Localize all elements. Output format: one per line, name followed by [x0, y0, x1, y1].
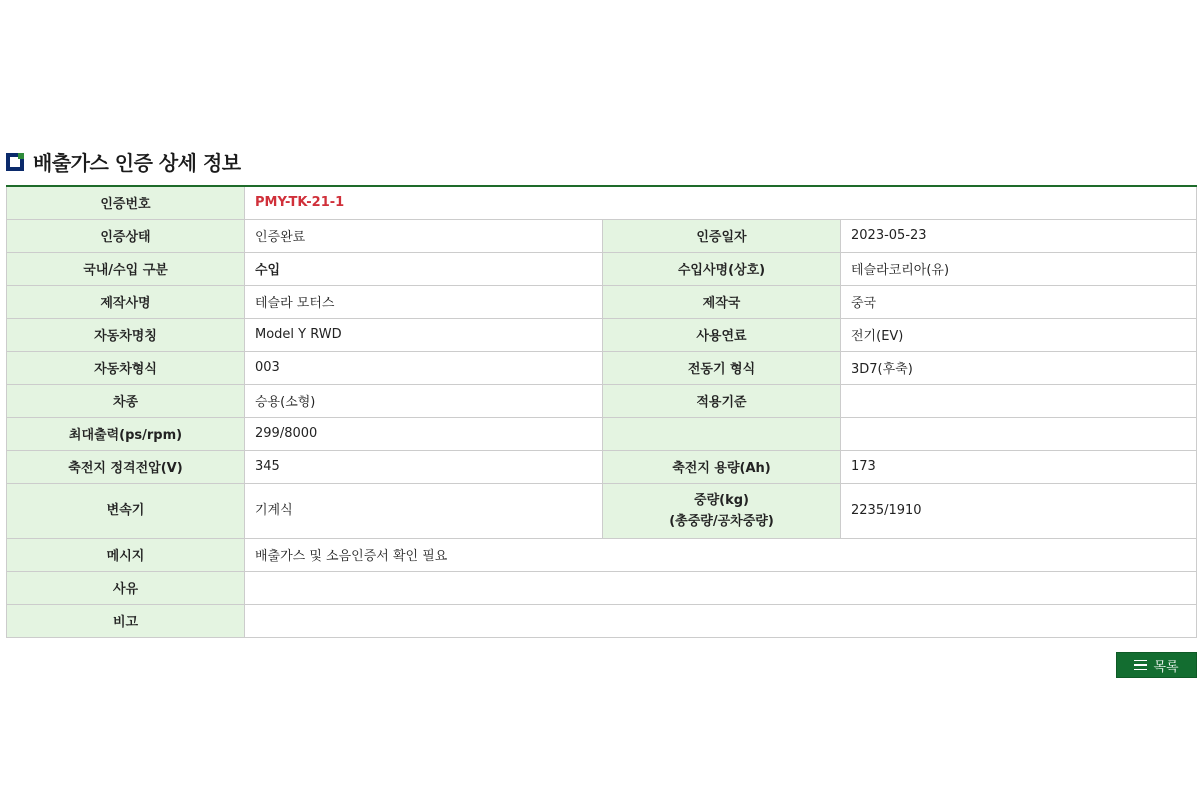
vehicle-type-label: 자동차형식 — [7, 351, 245, 384]
battery-capacity-value: 173 — [841, 450, 1197, 483]
battery-capacity-label: 축전지 용량(Ah) — [603, 450, 841, 483]
vehicle-name-label: 자동차명칭 — [7, 318, 245, 351]
weight-value: 2235/1910 — [841, 483, 1197, 538]
importer-value: 테슬라코리아(유) — [841, 252, 1197, 285]
table-row: 자동차형식 003 전동기 형식 3D7(후축) — [7, 351, 1197, 384]
table-row: 인증상태 인증완료 인증일자 2023-05-23 — [7, 219, 1197, 252]
max-output-value: 299/8000 — [245, 417, 603, 450]
table-row: 자동차명칭 Model Y RWD 사용연료 전기(EV) — [7, 318, 1197, 351]
manufacturer-label: 제작사명 — [7, 285, 245, 318]
table-row: 국내/수입 구분 수입 수입사명(상호) 테슬라코리아(유) — [7, 252, 1197, 285]
table-row: 최대출력(ps/rpm) 299/8000 — [7, 417, 1197, 450]
table-row: 사유 — [7, 571, 1197, 604]
importer-label: 수입사명(상호) — [603, 252, 841, 285]
table-row: 제작사명 테슬라 모터스 제작국 중국 — [7, 285, 1197, 318]
cert-date-label: 인증일자 — [603, 219, 841, 252]
applied-standard-value — [841, 384, 1197, 417]
cert-status-value: 인증완료 — [245, 219, 603, 252]
max-output-label: 최대출력(ps/rpm) — [7, 417, 245, 450]
domestic-import-value: 수입 — [245, 252, 603, 285]
domestic-import-label: 국내/수입 구분 — [7, 252, 245, 285]
vehicle-class-value: 승용(소형) — [245, 384, 603, 417]
country-label: 제작국 — [603, 285, 841, 318]
reason-value — [245, 571, 1197, 604]
vehicle-class-label: 차종 — [7, 384, 245, 417]
message-value: 배출가스 및 소음인증서 확인 필요 — [245, 538, 1197, 571]
transmission-value: 기계식 — [245, 483, 603, 538]
vehicle-type-value: 003 — [245, 351, 603, 384]
weight-label: 중량(kg) (총중량/공차중량) — [603, 483, 841, 538]
applied-standard-label: 적용기준 — [603, 384, 841, 417]
blank-value — [841, 417, 1197, 450]
country-value: 중국 — [841, 285, 1197, 318]
motor-type-value: 3D7(후축) — [841, 351, 1197, 384]
cert-number-label: 인증번호 — [7, 186, 245, 219]
table-row: 메시지 배출가스 및 소음인증서 확인 필요 — [7, 538, 1197, 571]
list-button[interactable]: 목록 — [1116, 652, 1197, 678]
manufacturer-value: 테슬라 모터스 — [245, 285, 603, 318]
cert-status-label: 인증상태 — [7, 219, 245, 252]
message-label: 메시지 — [7, 538, 245, 571]
cert-date-value: 2023-05-23 — [841, 219, 1197, 252]
fuel-value: 전기(EV) — [841, 318, 1197, 351]
cert-number-value: PMY-TK-21-1 — [245, 186, 1197, 219]
page: 배출가스 인증 상세 정보 인증번호 PMY-TK-21-1 인증상태 인증완료… — [0, 0, 1200, 800]
table-row: 인증번호 PMY-TK-21-1 — [7, 186, 1197, 219]
section-square-icon — [6, 153, 24, 171]
weight-label-line1: 중량(kg) — [613, 490, 830, 511]
table-row: 비고 — [7, 604, 1197, 637]
table-row: 축전지 정격전압(V) 345 축전지 용량(Ah) 173 — [7, 450, 1197, 483]
vehicle-name-value: Model Y RWD — [245, 318, 603, 351]
motor-type-label: 전동기 형식 — [603, 351, 841, 384]
remarks-label: 비고 — [7, 604, 245, 637]
page-title: 배출가스 인증 상세 정보 — [33, 147, 241, 176]
section-header: 배출가스 인증 상세 정보 — [6, 147, 241, 176]
transmission-label: 변속기 — [7, 483, 245, 538]
table-row: 차종 승용(소형) 적용기준 — [7, 384, 1197, 417]
fuel-label: 사용연료 — [603, 318, 841, 351]
battery-voltage-label: 축전지 정격전압(V) — [7, 450, 245, 483]
blank-label — [603, 417, 841, 450]
table-row: 변속기 기계식 중량(kg) (총중량/공차중량) 2235/1910 — [7, 483, 1197, 538]
reason-label: 사유 — [7, 571, 245, 604]
battery-voltage-value: 345 — [245, 450, 603, 483]
menu-icon — [1134, 660, 1147, 671]
cert-detail-table: 인증번호 PMY-TK-21-1 인증상태 인증완료 인증일자 2023-05-… — [6, 185, 1197, 638]
remarks-value — [245, 604, 1197, 637]
weight-label-line2: (총중량/공차중량) — [613, 511, 830, 532]
list-button-label: 목록 — [1153, 656, 1178, 675]
